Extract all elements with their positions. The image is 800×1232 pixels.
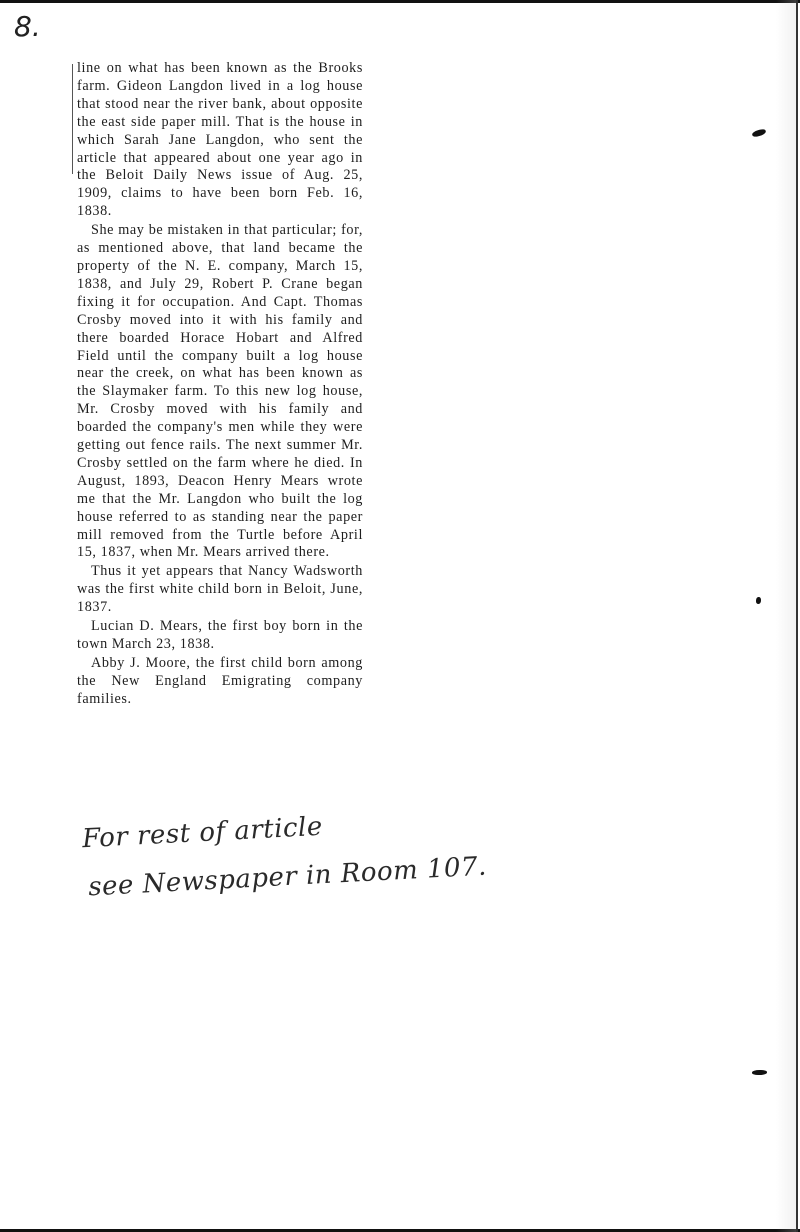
handwritten-note-line-1: For rest of article: [81, 812, 323, 855]
page-number: 8.: [14, 10, 41, 43]
paragraph: line on what has been known as the Brook…: [77, 60, 363, 221]
newspaper-clipping: line on what has been known as the Brook…: [77, 60, 363, 709]
paragraph: She may be mistaken in that par­ticular;…: [77, 222, 363, 562]
paragraph: Abby J. Moore, the first child born amon…: [77, 655, 363, 709]
paragraph: Lucian D. Mears, the first boy born in t…: [77, 618, 363, 654]
handwritten-note-line-2: see Newspaper in Room 107.: [87, 852, 487, 903]
scan-right-border: [796, 0, 798, 1232]
scan-top-border: [0, 0, 800, 3]
binding-hole-mark: [752, 1070, 767, 1075]
column-rule: [72, 64, 73, 174]
scan-edge-shadow: [776, 0, 796, 1232]
binding-hole-mark: [751, 128, 766, 137]
binding-hole-mark: [756, 597, 761, 604]
paragraph: Thus it yet appears that Nancy Wadsworth…: [77, 563, 363, 617]
